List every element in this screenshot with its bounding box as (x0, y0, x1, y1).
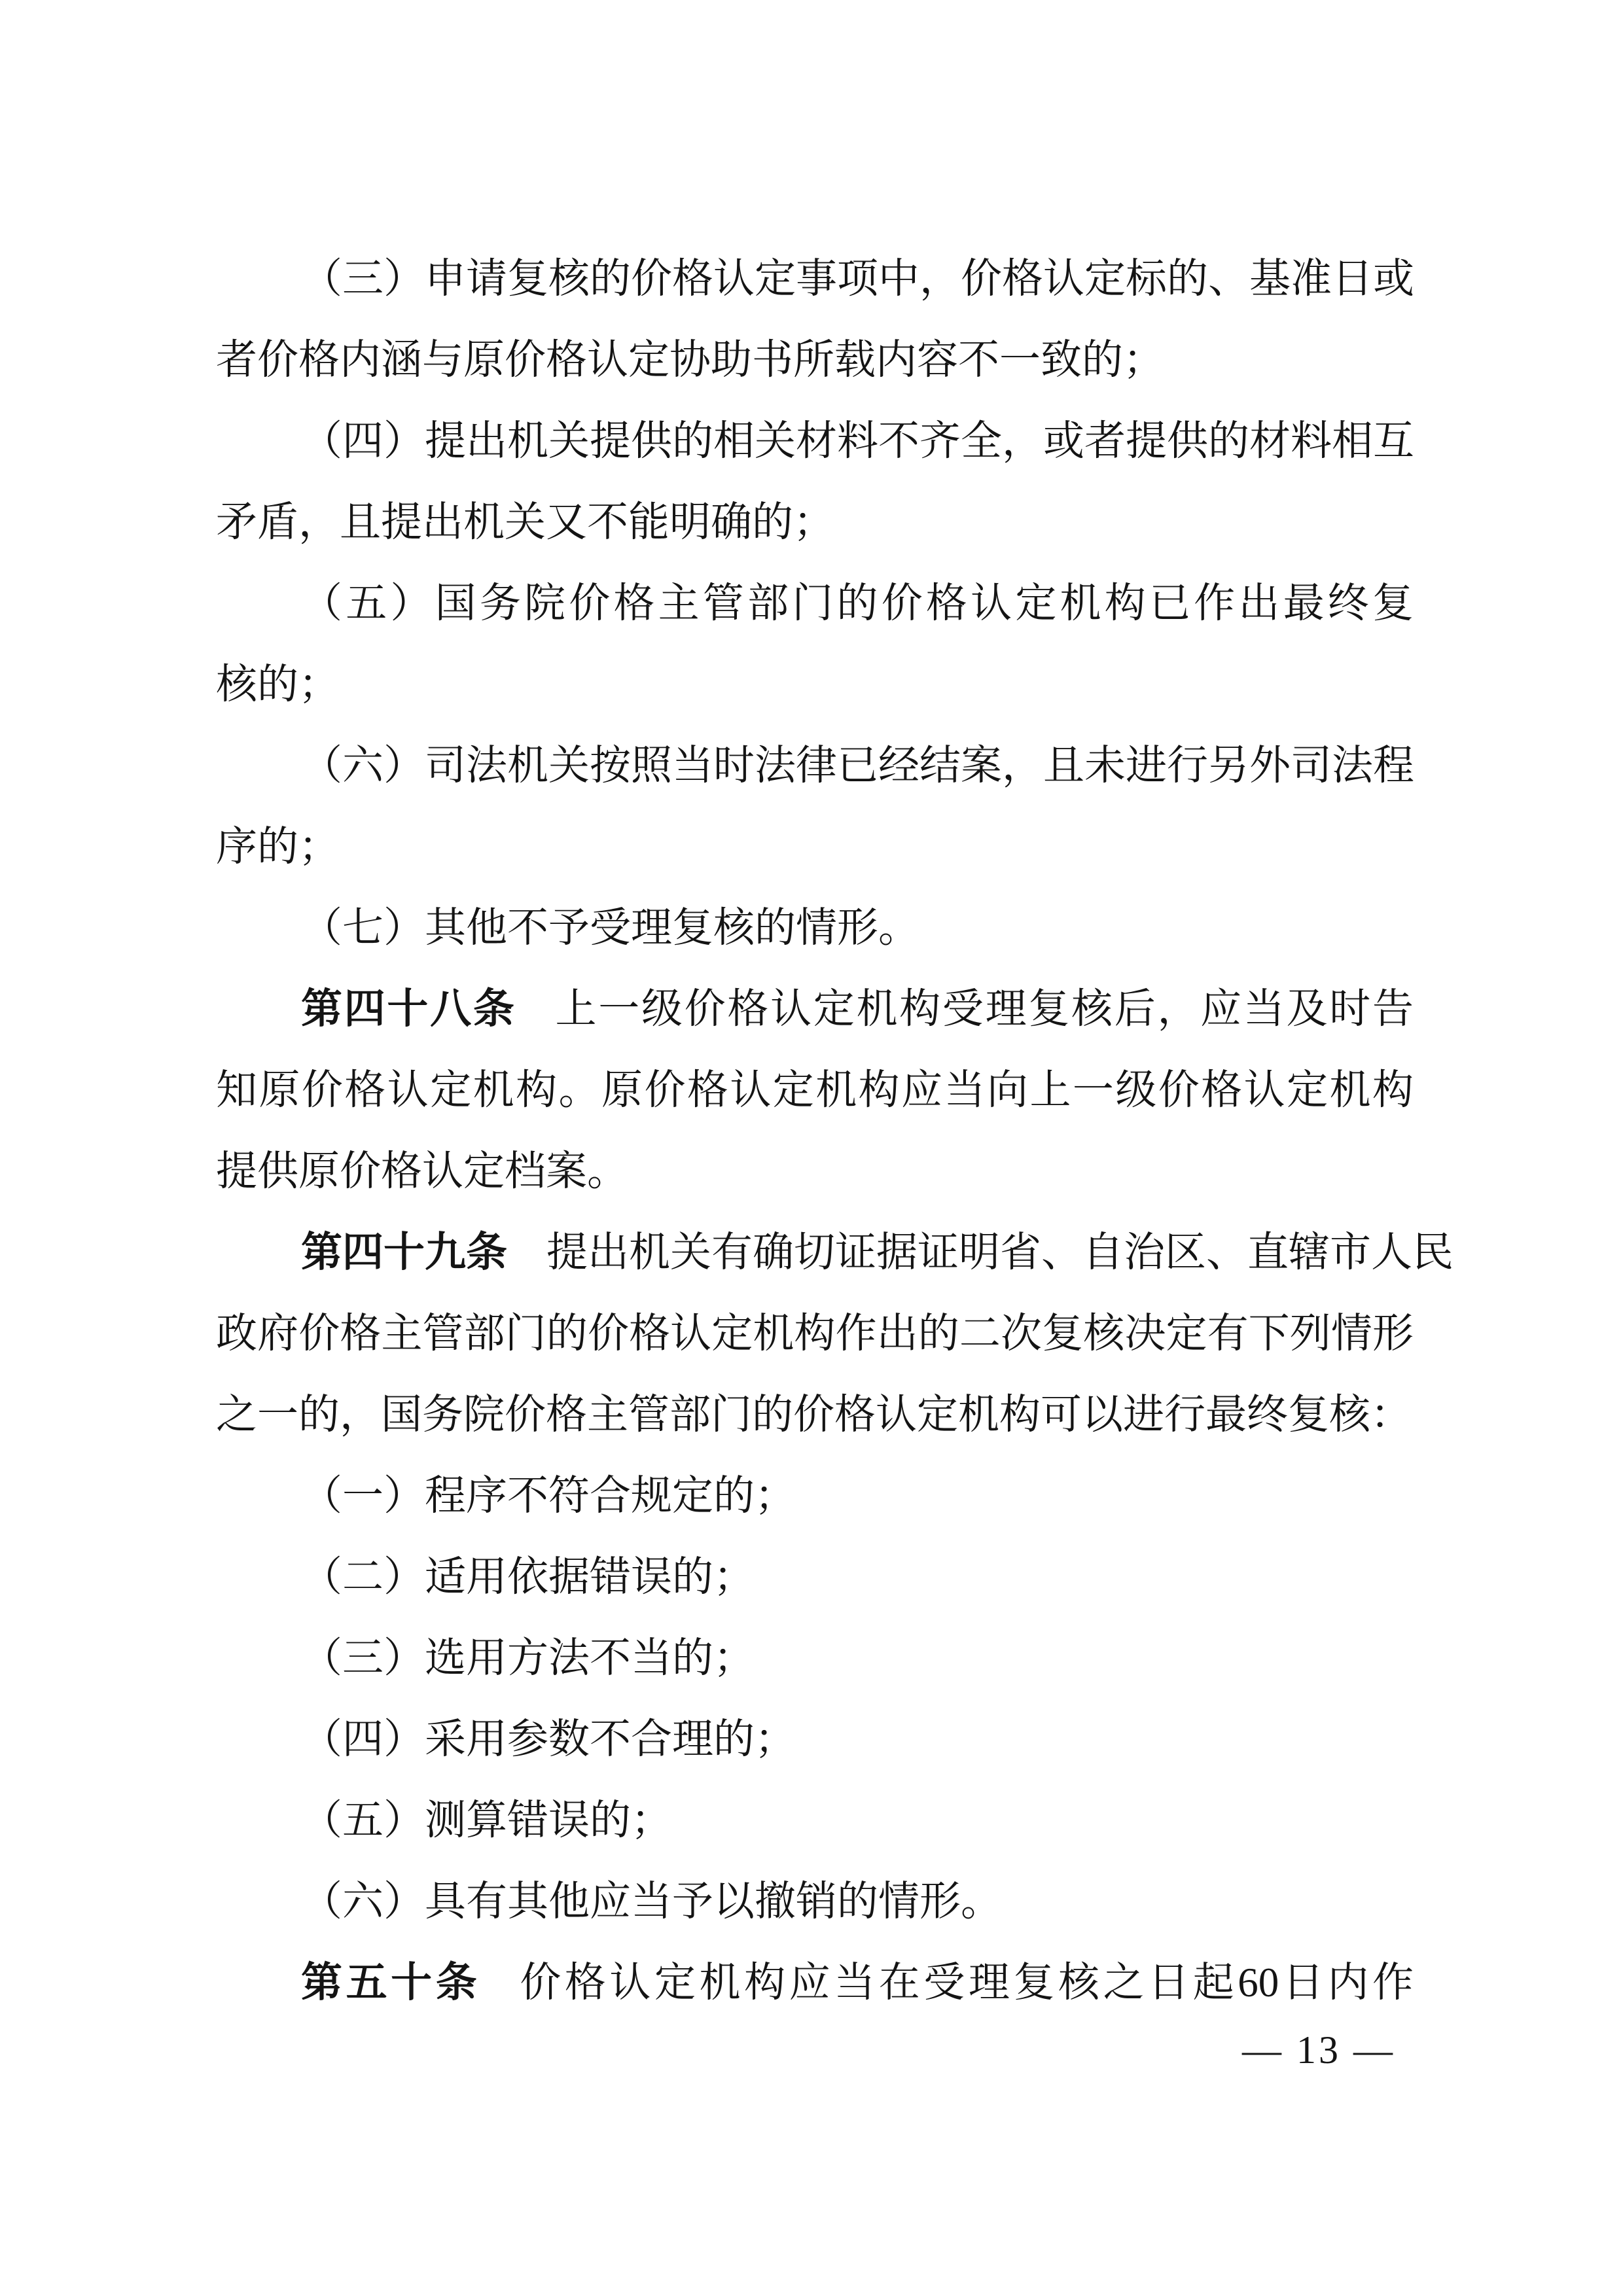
line-text: （二）适用依据错误的； (301, 1554, 755, 1600)
text-line: 第四十九条提出机关有确切证据证明省、自治区、直辖市人民 (216, 1212, 1414, 1293)
text-line: 矛盾，且提出机关又不能明确的； (216, 482, 1414, 563)
article-number: 第五十条 (301, 1960, 480, 2005)
line-text: （三）选用方法不当的； (301, 1635, 755, 1681)
text-line: （六）司法机关按照当时法律已经结案，且未进行另外司法程 (216, 725, 1414, 806)
line-text: 者价格内涵与原价格认定协助书所载内容不一致的； (216, 337, 1164, 383)
text-line: （五）国务院价格主管部门的价格认定机构已作出最终复 (216, 563, 1414, 644)
line-text: （三）申请复核的价格认定事项中，价格认定标的、基准日或 (301, 256, 1414, 302)
line-text: 核的； (216, 662, 340, 707)
line-text: 提出机关有确切证据证明省、自治区、直辖市人民 (546, 1229, 1454, 1275)
line-text: （六）司法机关按照当时法律已经结案，且未进行另外司法程 (301, 743, 1414, 788)
text-line: 核的； (216, 644, 1414, 725)
text-line: （六）具有其他应当予以撤销的情形。 (216, 1861, 1414, 1942)
text-line: 之一的，国务院价格主管部门的价格认定机构可以进行最终复核： (216, 1374, 1414, 1455)
text-line: （一）程序不符合规定的； (216, 1455, 1414, 1536)
line-text: （一）程序不符合规定的； (301, 1473, 796, 1519)
text-line: 提供原价格认定档案。 (216, 1131, 1414, 1212)
line-text: 上一级价格认定机构受理复核后，应当及时告 (556, 986, 1414, 1032)
line-text: （七）其他不予受理复核的情形。 (301, 905, 919, 951)
text-line: 者价格内涵与原价格认定协助书所载内容不一致的； (216, 319, 1414, 400)
line-text: 之一的，国务院价格主管部门的价格认定机构可以进行最终复核： (216, 1392, 1412, 1438)
text-line: （四）采用参数不合理的； (216, 1699, 1414, 1780)
text-line: （二）适用依据错误的； (216, 1536, 1414, 1617)
line-text: 序的； (216, 824, 340, 870)
text-line: 第四十八条上一级价格认定机构受理复核后，应当及时告 (216, 968, 1414, 1050)
text-line: 序的； (216, 806, 1414, 887)
text-line: （五）测算错误的； (216, 1780, 1414, 1861)
article-number: 第四十八条 (301, 986, 516, 1032)
text-line: （四）提出机关提供的相关材料不齐全，或者提供的材料相互 (216, 400, 1414, 482)
document-page: （三）申请复核的价格认定事项中，价格认定标的、基准日或 者价格内涵与原价格认定协… (0, 0, 1623, 2296)
text-line: （三）申请复核的价格认定事项中，价格认定标的、基准日或 (216, 238, 1414, 319)
text-line: 第五十条价格认定机构应当在受理复核之日起60日内作 (216, 1942, 1414, 2023)
line-text: （六）具有其他应当予以撤销的情形。 (301, 1879, 1002, 1924)
page-number: — 13 — (1242, 2027, 1395, 2073)
document-body: （三）申请复核的价格认定事项中，价格认定标的、基准日或 者价格内涵与原价格认定协… (216, 238, 1414, 2023)
article-number: 第四十九条 (301, 1229, 507, 1275)
line-text: 政府价格主管部门的价格认定机构作出的二次复核决定有下列情形 (216, 1311, 1414, 1356)
text-line: （三）选用方法不当的； (216, 1617, 1414, 1699)
line-text: （四）采用参数不合理的； (301, 1716, 796, 1762)
line-text: 提供原价格认定档案。 (216, 1148, 628, 1194)
text-line: 政府价格主管部门的价格认定机构作出的二次复核决定有下列情形 (216, 1293, 1414, 1374)
line-text: （五）测算错误的； (301, 1797, 672, 1843)
line-text: 价格认定机构应当在受理复核之日起60日内作 (520, 1960, 1414, 2005)
line-text: 矛盾，且提出机关又不能明确的； (216, 499, 834, 545)
text-line: （七）其他不予受理复核的情形。 (216, 887, 1414, 968)
line-text: （四）提出机关提供的相关材料不齐全，或者提供的材料相互 (301, 418, 1414, 464)
text-line: 知原价格认定机构。原价格认定机构应当向上一级价格认定机构 (216, 1050, 1414, 1131)
line-text: （五）国务院价格主管部门的价格认定机构已作出最终复 (301, 580, 1414, 626)
line-text: 知原价格认定机构。原价格认定机构应当向上一级价格认定机构 (216, 1067, 1414, 1113)
